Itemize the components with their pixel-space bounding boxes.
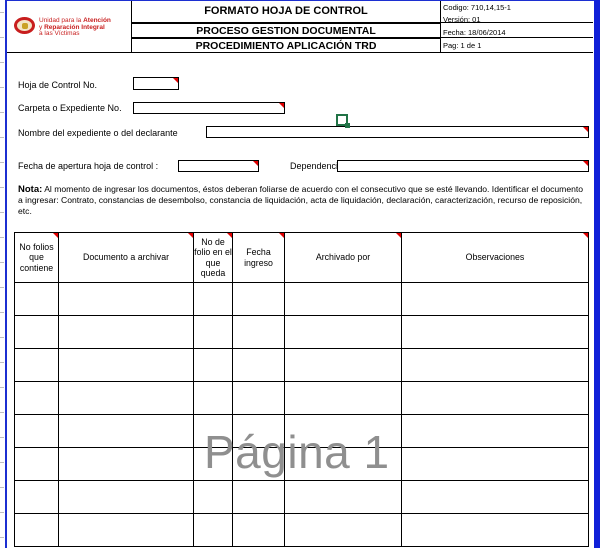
table-row — [15, 349, 589, 382]
date-label: Fecha: 18/06/2014 — [443, 28, 506, 37]
file-name-label: Nombre del expediente o del declarante — [18, 128, 178, 138]
table-cell[interactable] — [15, 283, 59, 316]
note-text: Nota: Al momento de ingresar los documen… — [18, 184, 588, 217]
table-row — [15, 382, 589, 415]
table-cell[interactable] — [15, 514, 59, 547]
table-row — [15, 283, 589, 316]
table-cell[interactable] — [194, 316, 233, 349]
table-cell[interactable] — [15, 415, 59, 448]
table-row — [15, 481, 589, 514]
page-label: Pag: 1 de 1 — [443, 41, 481, 50]
column-header: No de folio en el que queda — [194, 233, 233, 283]
metadata-cell: Codigo: 710,14,15-1 Versión: 01 Fecha: 1… — [441, 1, 593, 52]
organization-logo-text: Unidad para la Atención y Reparación Int… — [39, 18, 111, 38]
table-row — [15, 316, 589, 349]
opening-date-label: Fecha de apertura hoja de control : — [18, 161, 158, 171]
table-cell[interactable] — [15, 382, 59, 415]
folder-number-field[interactable] — [133, 102, 285, 114]
table-cell[interactable] — [194, 514, 233, 547]
table-cell[interactable] — [285, 316, 402, 349]
process-title: PROCESO GESTION DOCUMENTAL — [132, 23, 440, 38]
opening-date-field[interactable] — [178, 160, 259, 172]
table-cell[interactable] — [402, 481, 589, 514]
table-cell[interactable] — [59, 481, 194, 514]
code-label: Codigo: 710,14,15-1 — [443, 3, 511, 12]
folder-number-label: Carpeta o Expediente No. — [18, 103, 122, 113]
form-title: FORMATO HOJA DE CONTROL — [132, 5, 440, 17]
column-header: No folios que contiene — [15, 233, 59, 283]
document-log-table: No folios que contiene Documento a archi… — [14, 232, 589, 547]
table-cell[interactable] — [194, 349, 233, 382]
header-divider — [132, 22, 593, 23]
table-cell[interactable] — [194, 481, 233, 514]
table-cell[interactable] — [233, 283, 285, 316]
table-cell[interactable] — [59, 349, 194, 382]
table-cell[interactable] — [59, 382, 194, 415]
control-sheet-number-field[interactable] — [133, 77, 179, 90]
table-cell[interactable] — [59, 448, 194, 481]
table-cell[interactable] — [285, 514, 402, 547]
fill-handle[interactable] — [345, 123, 350, 128]
table-cell[interactable] — [59, 283, 194, 316]
table-cell[interactable] — [233, 349, 285, 382]
table-cell[interactable] — [285, 283, 402, 316]
table-cell[interactable] — [402, 283, 589, 316]
table-cell[interactable] — [15, 481, 59, 514]
table-cell[interactable] — [233, 514, 285, 547]
table-cell[interactable] — [15, 316, 59, 349]
table-cell[interactable] — [233, 481, 285, 514]
page-watermark: Página 1 — [204, 425, 390, 479]
table-cell[interactable] — [59, 415, 194, 448]
table-row — [15, 514, 589, 547]
file-name-field[interactable] — [206, 126, 589, 138]
table-cell[interactable] — [402, 349, 589, 382]
page-break-border-left — [5, 0, 7, 548]
header-divider — [132, 37, 593, 38]
column-header: Documento a archivar — [59, 233, 194, 283]
coat-of-arms-icon — [14, 17, 35, 34]
table-cell[interactable] — [59, 514, 194, 547]
table-cell[interactable] — [233, 316, 285, 349]
title-cell: FORMATO HOJA DE CONTROL PROCESO GESTION … — [132, 1, 441, 52]
table-cell[interactable] — [15, 349, 59, 382]
column-header: Archivado por — [285, 233, 402, 283]
procedure-title: PROCEDIMIENTO APLICACIÓN TRD — [132, 38, 440, 53]
table-cell[interactable] — [194, 283, 233, 316]
table-cell[interactable] — [15, 448, 59, 481]
table-cell[interactable] — [402, 382, 589, 415]
table-cell[interactable] — [194, 382, 233, 415]
control-sheet-number-label: Hoja de Control No. — [18, 80, 97, 90]
document-header: Unidad para la Atención y Reparación Int… — [7, 1, 593, 53]
logo-cell: Unidad para la Atención y Reparación Int… — [7, 1, 132, 52]
page-break-border-right — [594, 0, 600, 548]
table-cell[interactable] — [285, 349, 402, 382]
table-cell[interactable] — [402, 514, 589, 547]
table-cell[interactable] — [402, 415, 589, 448]
column-header: Fecha ingreso — [233, 233, 285, 283]
table-cell[interactable] — [233, 382, 285, 415]
department-field[interactable] — [337, 160, 589, 172]
table-cell[interactable] — [285, 382, 402, 415]
table-cell[interactable] — [59, 316, 194, 349]
table-cell[interactable] — [285, 481, 402, 514]
table-cell[interactable] — [402, 448, 589, 481]
column-header: Observaciones — [402, 233, 589, 283]
table-cell[interactable] — [402, 316, 589, 349]
